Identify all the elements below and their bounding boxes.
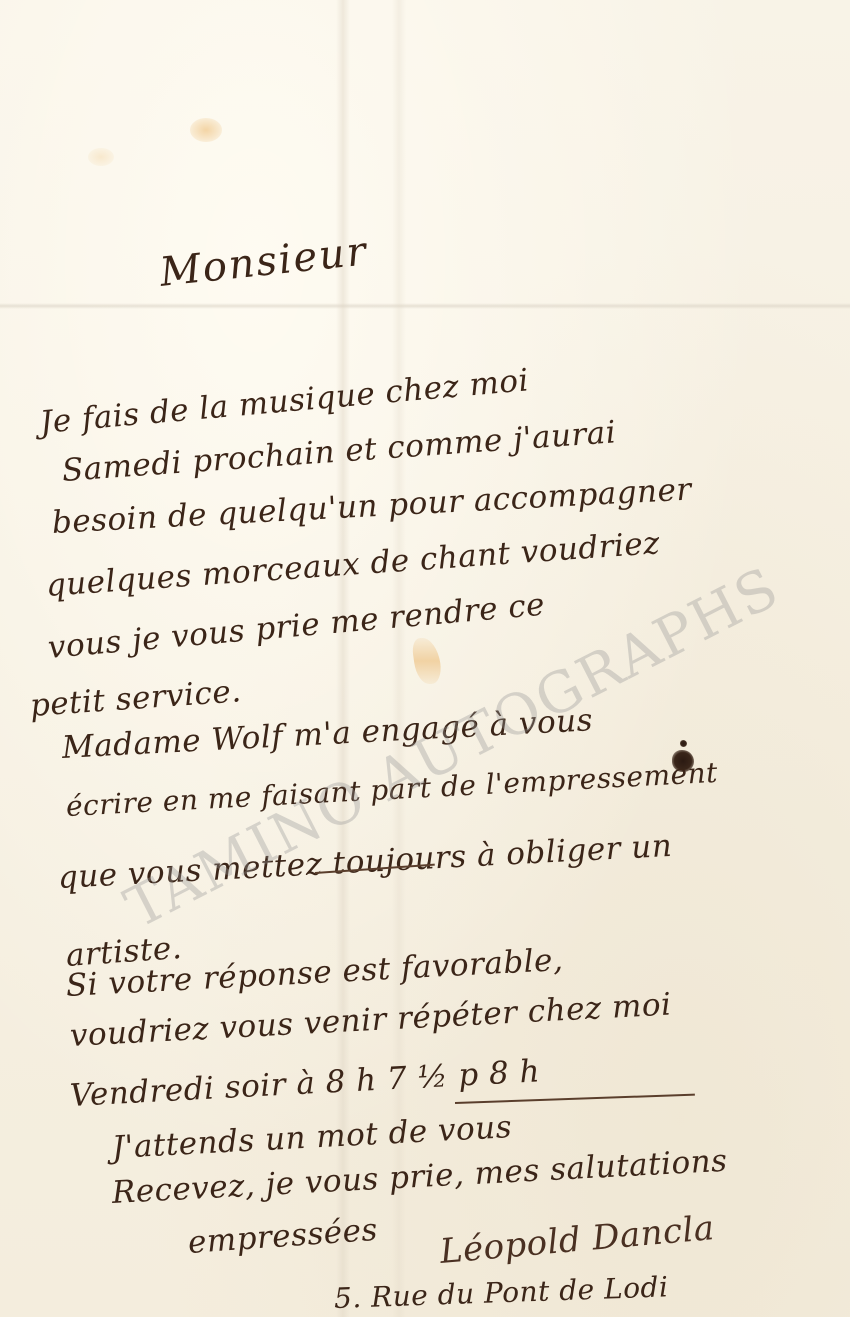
letter-line-16: empressées: [187, 1212, 379, 1261]
sender-address: 5. Rue du Pont de Lodi: [333, 1270, 668, 1315]
letter-line-6: petit service.: [29, 673, 243, 724]
letter-page: Monsieur Je fais de la musique chez moi …: [0, 0, 850, 1317]
stain-middle-drip: [411, 638, 443, 684]
ink-dot: [680, 740, 687, 747]
underline-time: [455, 1094, 695, 1104]
horizontal-fold-crease: [0, 303, 850, 309]
stain-top-left: [190, 118, 222, 142]
letter-line-4: quelques morceaux de chant voudriez: [45, 525, 661, 604]
signature: Léopold Dancla: [438, 1208, 716, 1272]
stain-faint-left: [88, 148, 114, 166]
letter-line-13: Vendredi soir à 8 h 7 ½ p 8 h: [69, 1053, 541, 1114]
